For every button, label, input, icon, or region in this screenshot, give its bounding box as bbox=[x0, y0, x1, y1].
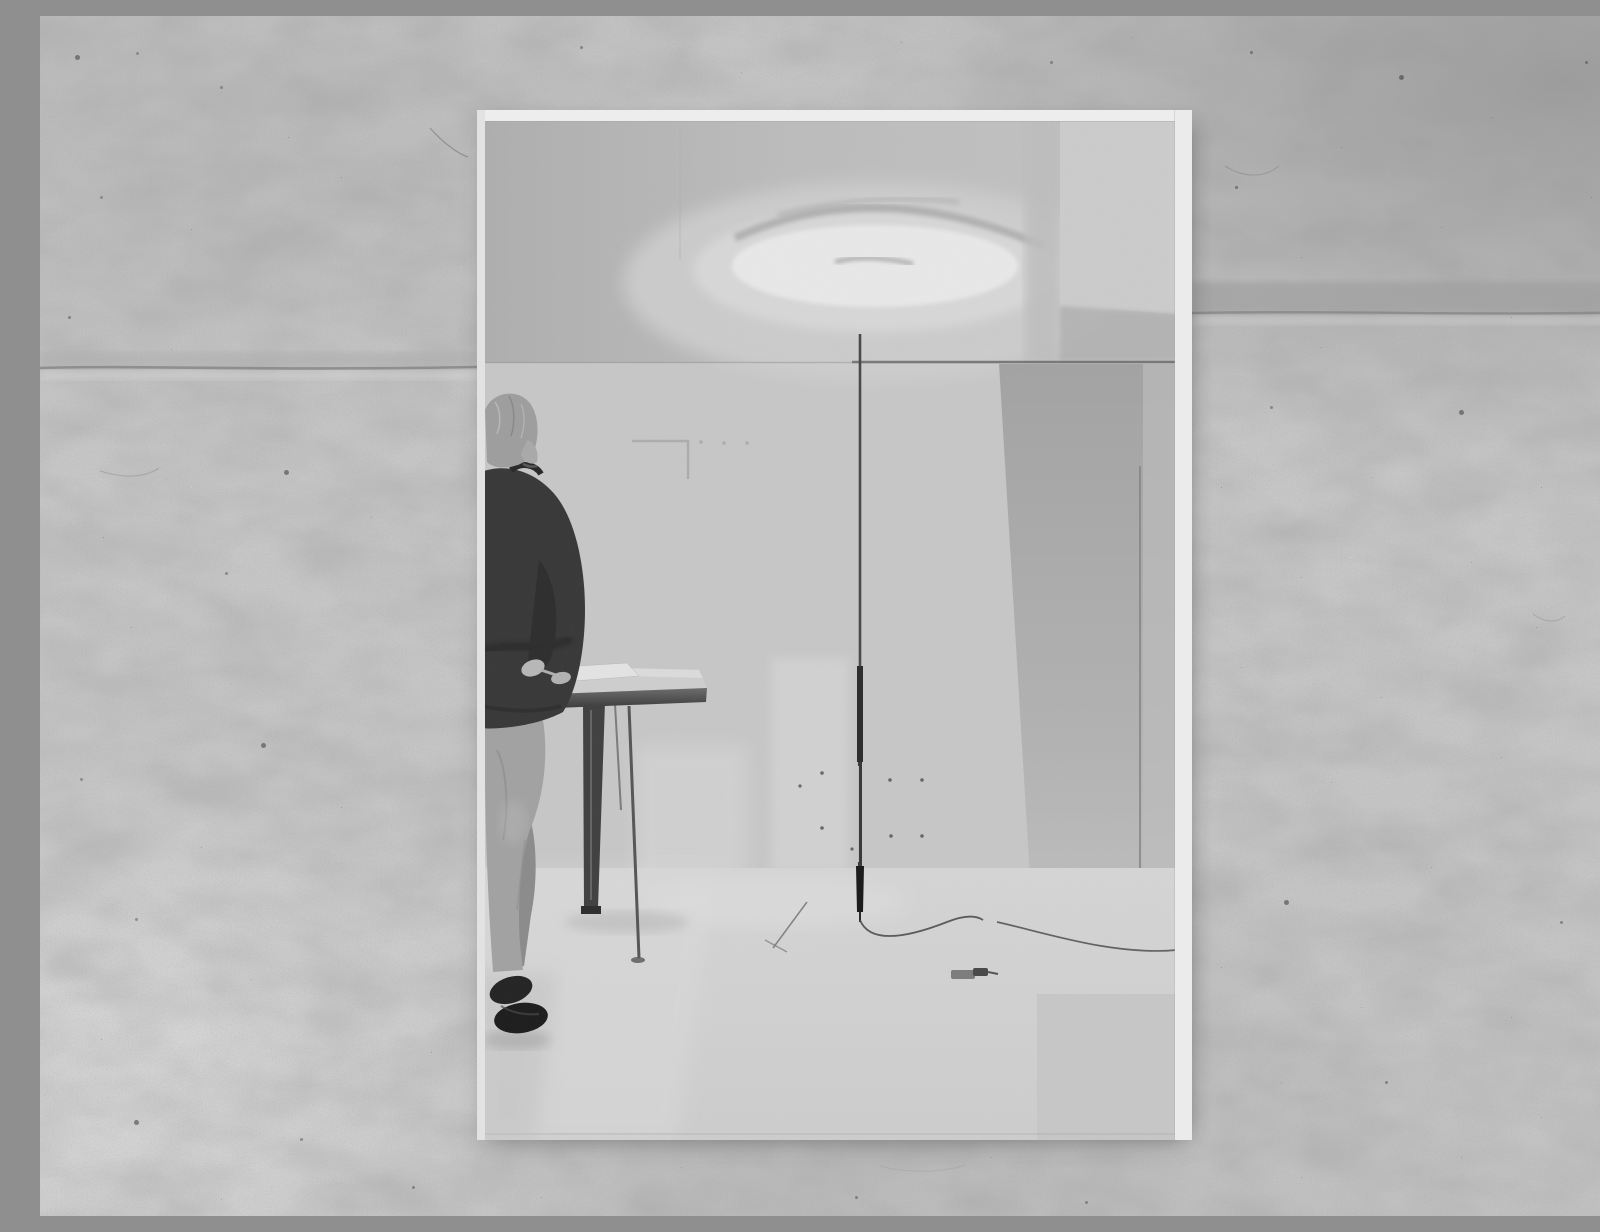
concrete-wall-scene bbox=[40, 16, 1600, 1216]
photo-print bbox=[477, 110, 1192, 1140]
wall-seam-right bbox=[1192, 282, 1600, 325]
wall-pits bbox=[40, 16, 43, 19]
print-grain bbox=[477, 110, 1192, 1140]
wall-seam-left bbox=[40, 352, 477, 380]
